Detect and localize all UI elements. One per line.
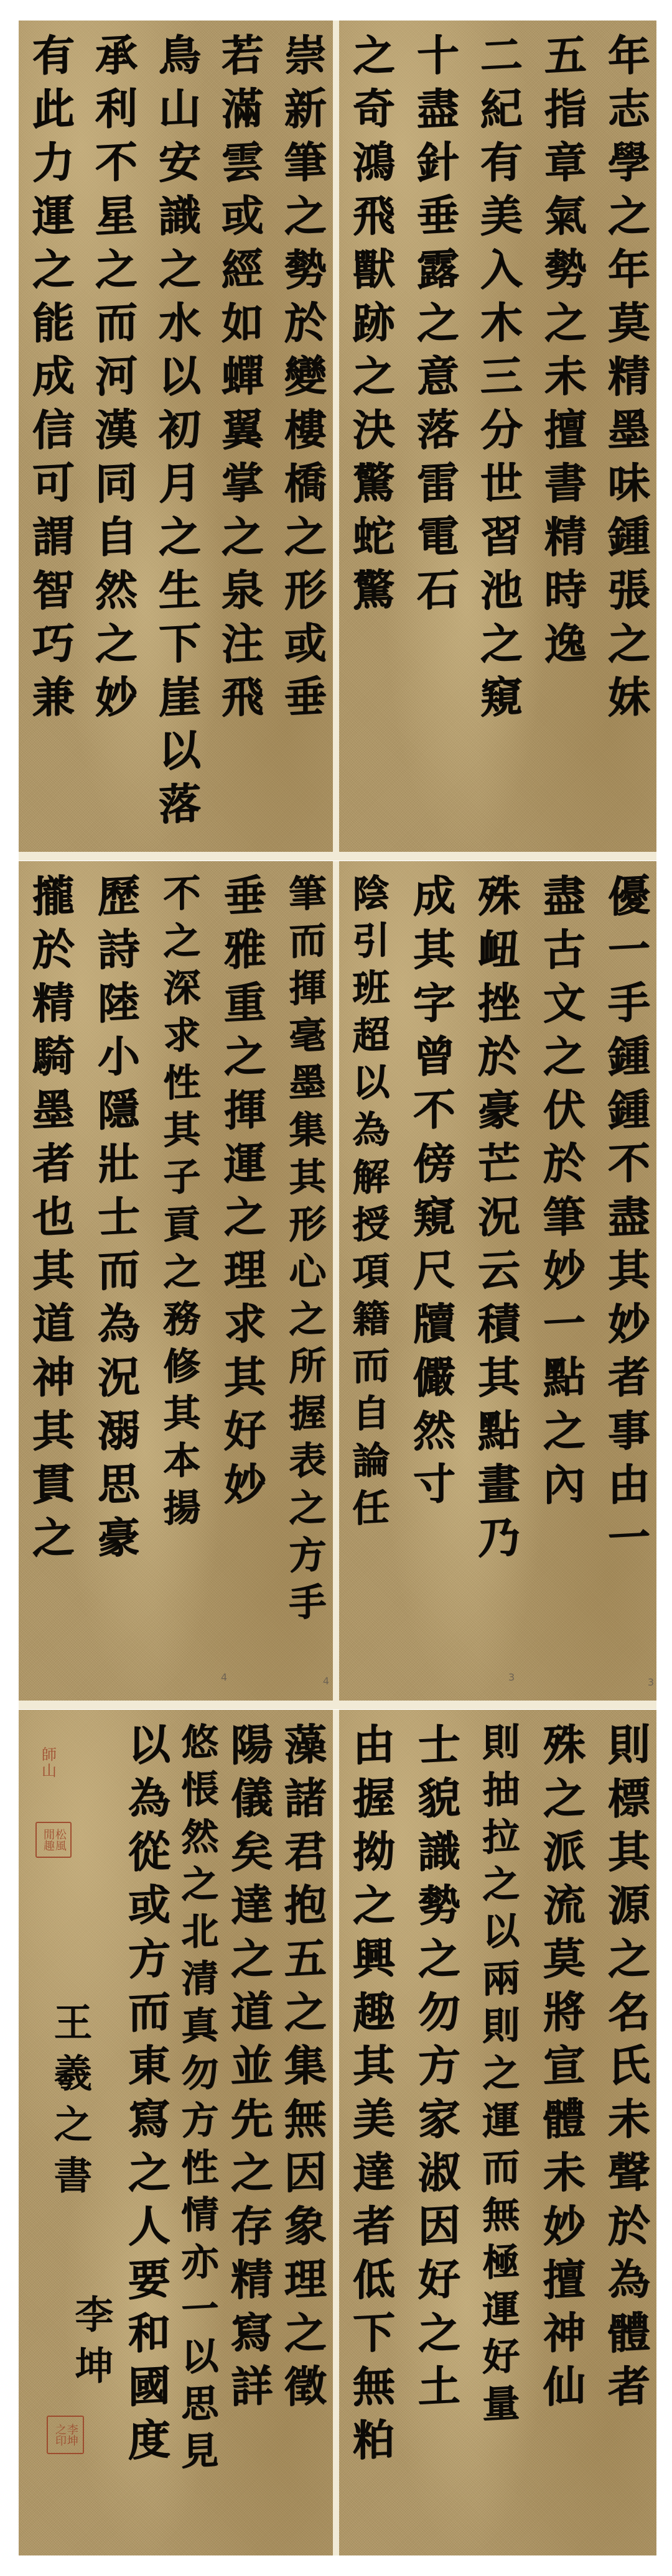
text-columns: 筆而揮毫墨集其形心之所握表之方手 垂雅重之揮運之理求其好妙 不之深求性其子貢之務… [29, 874, 323, 1688]
text-columns: 則標其源之名氏未聲於為體者 殊之派流莫將宣體未妙擅神仙 則抽拉之以兩則之運而無極… [349, 1722, 646, 2543]
mount-divider-vertical [333, 1710, 339, 2555]
text-column: 陰引班超以為解授項籍而自論任 [349, 872, 386, 1689]
page-mark: 4 [323, 1675, 329, 1687]
text-column: 崇新筆之勢於變樓橋之形或垂 [281, 32, 323, 841]
text-column: 年志學之年莫精墨味鍾張之妹 [604, 32, 646, 841]
name-seal: 李坤之印 [47, 2416, 84, 2454]
calligraphy-panel-bottom-right: 則標其源之名氏未聲於為體者 殊之派流莫將宣體未妙擅神仙 則抽拉之以兩則之運而無極… [339, 1710, 656, 2555]
text-column: 若滿雲或經如蟬翼掌之泉注飛 [218, 32, 260, 841]
text-column: 五指章氣勢之未擅書精時逸 [541, 32, 583, 841]
calligraphy-panel-top-right: 年志學之年莫精墨味鍾張之妹 五指章氣勢之未擅書精時逸 二紀有美入木三分世習池之窺… [339, 21, 656, 852]
text-column: 歷詩陸小隱壯士而為況溺思豪 [94, 872, 136, 1689]
text-column: 則標其源之名氏未聲於為體者 [604, 1721, 646, 2544]
text-column: 成其字曾不傍窺尺牘儼然寸 [409, 872, 452, 1689]
text-column: 則抽拉之以兩則之運而無極運好量 [479, 1721, 516, 2544]
mount-divider-horizontal [19, 1701, 656, 1709]
text-column: 盡古文之伏於筆妙一點之內 [539, 872, 582, 1689]
inscription: 王羲之書 [42, 2002, 98, 2206]
text-column: 垂雅重之揮運之理求其好妙 [220, 872, 263, 1689]
text-columns: 崇新筆之勢於變樓橋之形或垂 若滿雲或經如蟬翼掌之泉注飛 鳥山安識之水以初月之生下… [29, 33, 323, 839]
text-column: 承利不星之而河漢同自然之妙 [91, 32, 134, 841]
text-column: 鳥山安識之水以初月之生下崖以落 [155, 32, 197, 841]
signature: 李坤 [63, 2294, 119, 2396]
text-columns: 年志學之年莫精墨味鍾張之妹 五指章氣勢之未擅書精時逸 二紀有美入木三分世習池之窺… [349, 33, 646, 839]
mount-divider-vertical [333, 861, 339, 1701]
mount-divider-vertical [333, 21, 339, 852]
calligraphy-panel-bottom-left: 藻諸君抱五之集無因象理之徵 陽儀矣達之道並先之存精寫詳 悠悵然之北清真勿方性情亦… [19, 1710, 333, 2555]
text-column: 殊之派流莫將宣體未妙擅神仙 [539, 1721, 582, 2544]
calligraphy-panel-middle-left: 筆而揮毫墨集其形心之所握表之方手 垂雅重之揮運之理求其好妙 不之深求性其子貢之務… [19, 861, 333, 1701]
mount-divider-horizontal [19, 852, 656, 861]
text-column: 不之深求性其子貢之務修其本揚 [160, 872, 197, 1689]
page-mark: 4 [221, 1671, 227, 1683]
text-column: 士貌識勢之勿方家淑因好之土 [414, 1721, 457, 2544]
text-column: 藻諸君抱五之集無因象理之徵 [281, 1721, 323, 2544]
text-column: 以為從或方而東寫之人要和國度 [124, 1721, 167, 2544]
text-column: 筆而揮毫墨集其形心之所握表之方手 [286, 872, 323, 1689]
calligraphy-panel-top-left: 崇新筆之勢於變樓橋之形或垂 若滿雲或經如蟬翼掌之泉注飛 鳥山安識之水以初月之生下… [19, 21, 333, 852]
text-column: 二紀有美入木三分世習池之窺 [477, 32, 519, 841]
leisure-seal: 師山 [39, 1741, 57, 1784]
text-column: 陽儀矣達之道並先之存精寫詳 [227, 1721, 269, 2544]
text-column: 由握拗之興趣其美達者低下無粕 [349, 1721, 391, 2544]
text-column: 之奇鴻飛獸跡之決驚蛇驚 [349, 32, 391, 841]
text-column: 殊衄挫於豪芒況云積其點畫乃 [474, 872, 516, 1689]
text-column: 十盡針垂露之意落雷電石 [413, 32, 455, 841]
text-column: 有此力運之能成信可謂智巧兼 [29, 32, 71, 841]
text-column: 攏於精騎墨者也其道神其貫之 [29, 872, 71, 1689]
text-columns: 優一手鍾鍾不盡其妙者事由一 盡古文之伏於筆妙一點之內 殊衄挫於豪芒況云積其點畫乃… [349, 874, 646, 1688]
text-columns: 藻諸君抱五之集無因象理之徵 陽儀矣達之道並先之存精寫詳 悠悵然之北清真勿方性情亦… [124, 1722, 323, 2543]
square-seal: 松風閒趣 [35, 1822, 72, 1858]
text-column: 悠悵然之北清真勿方性情亦一以思見 [178, 1721, 215, 2544]
page-mark: 3 [648, 1676, 654, 1688]
calligraphy-panel-middle-right: 優一手鍾鍾不盡其妙者事由一 盡古文之伏於筆妙一點之內 殊衄挫於豪芒況云積其點畫乃… [339, 861, 656, 1701]
text-column: 優一手鍾鍾不盡其妙者事由一 [604, 872, 646, 1689]
page-mark: 3 [508, 1671, 515, 1683]
